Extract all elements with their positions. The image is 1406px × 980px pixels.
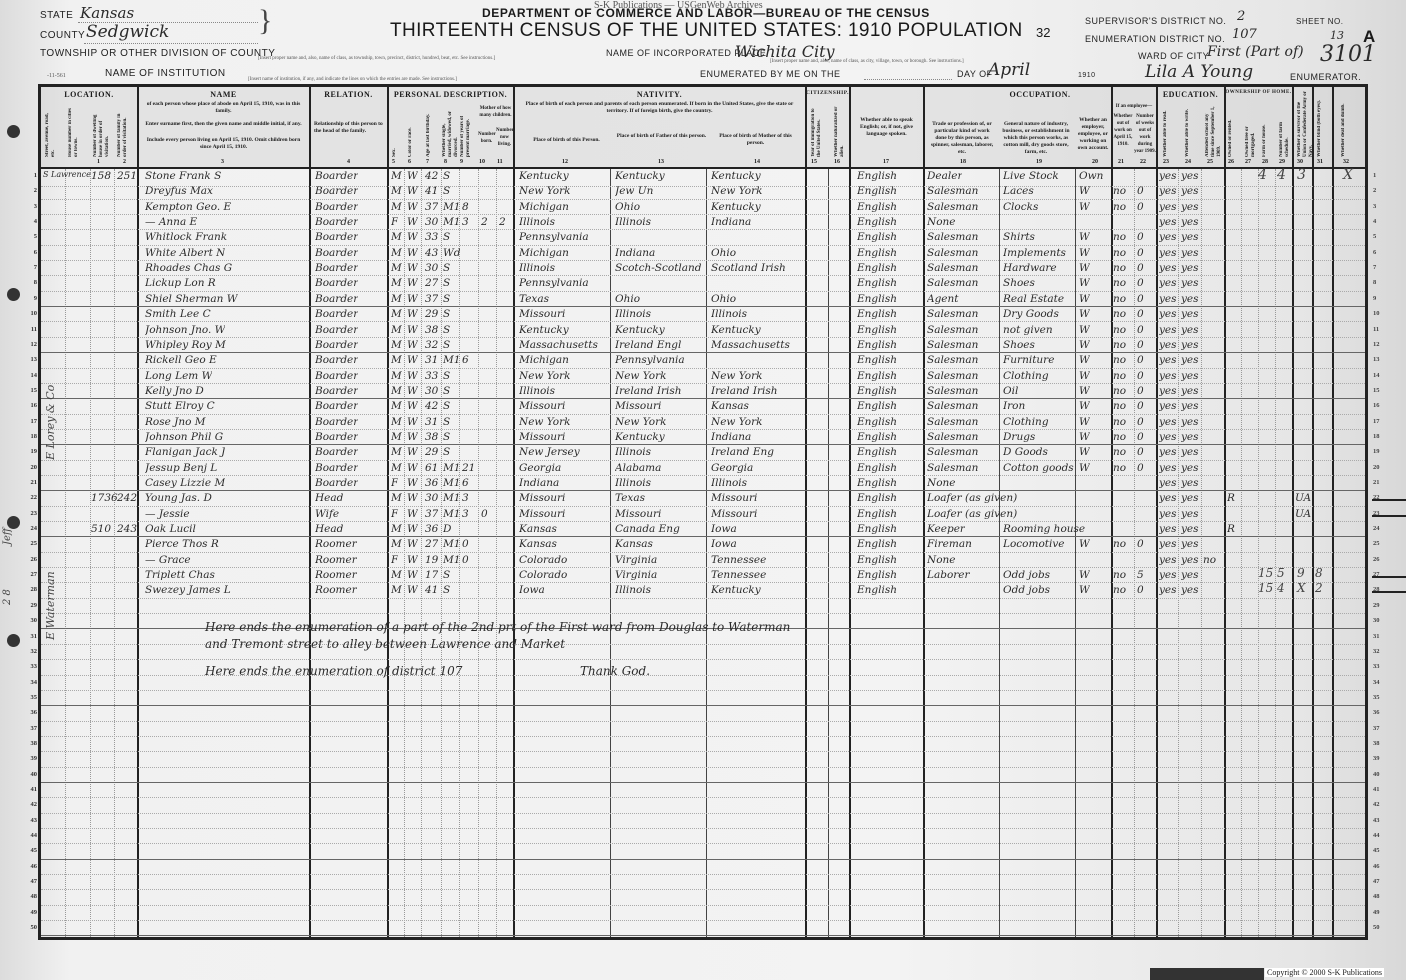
cell-race: W <box>407 584 418 596</box>
cell-write: yes <box>1181 508 1199 520</box>
cell-emp: W <box>1079 277 1090 289</box>
cell-trade: Salesman <box>927 446 978 458</box>
page-title: THIRTEENTH CENSUS OF THE UNITED STATES: … <box>390 20 1023 42</box>
table-row: — JessieWifeFW37M130MissouriMissouriMiss… <box>41 507 1365 522</box>
cell-ym: 3 <box>462 492 469 504</box>
margin-note-left: 2 8 <box>2 585 13 605</box>
cell-industry: Oil <box>1003 385 1018 397</box>
cell-emp: W <box>1079 247 1090 259</box>
cell-bf: Ohio <box>615 201 640 213</box>
table-row: Pierce Thos RRoomerMW27M10KansasKansasIo… <box>41 537 1365 552</box>
cell-bm: Indiana <box>711 431 751 443</box>
cell-weeks: 0 <box>1137 277 1144 289</box>
line-number: 2 <box>27 187 37 194</box>
cell-read: yes <box>1159 247 1177 259</box>
county-value: Sedgwick <box>86 22 169 42</box>
cell-bm: Kentucky <box>711 201 761 213</box>
line-number: 35 <box>1373 694 1385 701</box>
cell-name: Triplett Chas <box>145 569 215 581</box>
cell-sex: M <box>391 185 402 197</box>
cell-name: Long Lem W <box>145 370 212 382</box>
cell-marital: M1 <box>443 538 460 550</box>
table-row: — Anna EBoarderFW30M1322IllinoisIllinois… <box>41 215 1365 230</box>
cell-bp: Illinois <box>519 262 555 274</box>
line-number: 25 <box>27 540 37 547</box>
line-number: 31 <box>1373 633 1385 640</box>
cell-sex: M <box>391 492 402 504</box>
cell-bf: Virginia <box>615 554 657 566</box>
cell-emp: W <box>1079 231 1090 243</box>
cell-relation: Boarder <box>315 201 358 213</box>
cell-bm: Massachusetts <box>711 339 790 351</box>
cell-lang: English <box>857 400 897 412</box>
line-number: 39 <box>1373 755 1385 762</box>
cell-sex: M <box>391 431 402 443</box>
table-row: 1736242Young Jas. DHeadMW30M13MissouriTe… <box>41 491 1365 506</box>
cell-name: Stutt Elroy C <box>145 400 215 412</box>
cell-industry: Clothing <box>1003 416 1049 428</box>
line-number: 1 <box>27 172 37 179</box>
page-number: 32 <box>1036 25 1050 40</box>
ward-label: Ward of city <box>1138 51 1209 61</box>
cell-relation: Roomer <box>315 538 357 550</box>
line-number: 2 <box>1373 187 1385 194</box>
cell-relation: Boarder <box>315 308 358 320</box>
line-number: 24 <box>27 525 37 532</box>
cell-bm: Kentucky <box>711 584 761 596</box>
cell-out: no <box>1113 462 1126 474</box>
table-row: White Albert NBoarderMW43WdMichiganIndia… <box>41 246 1365 261</box>
cell-house: 510 <box>91 523 111 535</box>
cell-relation: Boarder <box>315 416 358 428</box>
cell-industry: Shoes <box>1003 339 1035 351</box>
state-value: Kansas <box>80 4 134 22</box>
cell-marital: S <box>443 385 450 397</box>
table-row-empty <box>41 890 1365 905</box>
cell-race: W <box>407 324 418 336</box>
incorporated-instruction: [Insert proper name and, also, name of c… <box>770 59 964 64</box>
cell-marital: M1 <box>443 201 460 213</box>
cell-trade: Salesman <box>927 185 978 197</box>
cell-read: yes <box>1159 477 1177 489</box>
cell-race: W <box>407 201 418 213</box>
cell-read: yes <box>1159 293 1177 305</box>
cell-name: Young Jas. D <box>145 492 212 504</box>
cell-write: yes <box>1181 554 1199 566</box>
cell-out: no <box>1113 354 1126 366</box>
cell-race: W <box>407 431 418 443</box>
cell-emp: W <box>1079 185 1090 197</box>
cell-house: 1736 <box>91 492 118 504</box>
line-number: 43 <box>1373 817 1385 824</box>
cell-sex: M <box>391 584 402 596</box>
cell-bm: Kansas <box>711 400 749 412</box>
line-number: 42 <box>1373 801 1385 808</box>
cell-bf: New York <box>615 370 666 382</box>
cell-read: yes <box>1159 508 1177 520</box>
cell-weeks: 0 <box>1137 339 1144 351</box>
cell-race: W <box>407 354 418 366</box>
cell-sex: M <box>391 462 402 474</box>
cell-bf: Ireland Irish <box>615 385 682 397</box>
table-row: — GraceRoomerFW19M10ColoradoVirginiaTenn… <box>41 553 1365 568</box>
cell-marital: S <box>443 293 450 305</box>
cell-trade: Salesman <box>927 277 978 289</box>
header-citizenship: CITIZENSHIP. Year of immigration to the … <box>806 87 850 169</box>
cell-write: yes <box>1181 477 1199 489</box>
closing-note-thanks: Thank God. <box>580 664 650 678</box>
cell-bp: New York <box>519 416 570 428</box>
cell-weeks: 0 <box>1137 538 1144 550</box>
cell-read: yes <box>1159 339 1177 351</box>
header-education: EDUCATION. Whether able to read. Whether… <box>1157 87 1225 169</box>
cell-bm: Ohio <box>711 247 736 259</box>
cell-bf: Missouri <box>615 508 661 520</box>
cell-name: Whipley Roy M <box>145 339 226 351</box>
cell-ym: 8 <box>462 201 469 213</box>
line-number: 13 <box>1373 356 1385 363</box>
cell-write: yes <box>1181 339 1199 351</box>
cell-race: W <box>407 339 418 351</box>
cell-lang: English <box>857 370 897 382</box>
cell-bf: Pennsylvania <box>615 354 685 366</box>
cell-read: yes <box>1159 431 1177 443</box>
line-number: 39 <box>27 755 37 762</box>
cell-write: yes <box>1181 523 1199 535</box>
cell-relation: Roomer <box>315 584 357 596</box>
cell-out: no <box>1113 385 1126 397</box>
cell-sex: M <box>391 523 402 535</box>
cell-trade: None <box>927 554 956 566</box>
cell-lang: English <box>857 446 897 458</box>
cell-relation: Boarder <box>315 216 358 228</box>
table-row-empty <box>41 768 1365 783</box>
cell-bp: Kentucky <box>519 324 569 336</box>
cell-bm: Georgia <box>711 462 753 474</box>
cell-bm: Scotland Irish <box>711 262 786 274</box>
cell-lang: English <box>857 462 897 474</box>
line-number: 46 <box>27 863 37 870</box>
cell-out: no <box>1113 446 1126 458</box>
cell-out: no <box>1113 308 1126 320</box>
cell-bf: Illinois <box>615 216 651 228</box>
cell-vet: UA <box>1295 508 1311 520</box>
cell-bp: Pennsylvania <box>519 231 589 243</box>
cell-out: no <box>1113 201 1126 213</box>
cell-own: R <box>1227 492 1235 504</box>
cell-bp: Georgia <box>519 462 561 474</box>
table-row: Whipley Roy MBoarderMW32SMassachusettsIr… <box>41 338 1365 353</box>
header-ownership: OWNERSHIP OF HOME. Owned or rented. Owne… <box>1225 87 1293 169</box>
cell-age: 38 <box>425 324 438 336</box>
cell-industry: Laces <box>1003 185 1034 197</box>
cell-bf: Canada Eng <box>615 523 680 535</box>
form-code: -11-561 <box>47 73 66 79</box>
tally-mark: 9 <box>1297 566 1305 580</box>
cell-trade: Salesman <box>927 462 978 474</box>
line-number: 44 <box>1373 832 1385 839</box>
cell-ym: 21 <box>462 462 475 474</box>
cell-bp: Missouri <box>519 492 565 504</box>
cell-trade: Fireman <box>927 538 972 550</box>
enumerator-label: Enumerator. <box>1290 72 1361 82</box>
line-number: 13 <box>27 356 37 363</box>
cell-bp: Kansas <box>519 538 557 550</box>
cell-write: yes <box>1181 277 1199 289</box>
cell-industry: Drugs <box>1003 431 1035 443</box>
cell-write: yes <box>1181 324 1199 336</box>
cell-write: yes <box>1181 247 1199 259</box>
cell-out: no <box>1113 339 1126 351</box>
supervisor-label: Supervisor's District No. <box>1085 16 1226 26</box>
cell-write: yes <box>1181 293 1199 305</box>
table-row-empty <box>41 875 1365 890</box>
cell-sex: M <box>391 231 402 243</box>
cell-relation: Head <box>315 492 343 504</box>
cell-bm: Iowa <box>711 538 737 550</box>
cell-bf: Illinois <box>615 584 651 596</box>
cell-trade: Salesman <box>927 201 978 213</box>
cell-trade: None <box>927 477 956 489</box>
cell-industry: Shoes <box>1003 277 1035 289</box>
line-number: 31 <box>27 633 37 640</box>
header-location: LOCATION. Street, avenue, road, etc. Hou… <box>41 87 138 169</box>
tally-mark: 4 <box>1277 581 1285 595</box>
cell-weeks: 0 <box>1137 431 1144 443</box>
cell-bp: Kansas <box>519 523 557 535</box>
cell-race: W <box>407 446 418 458</box>
cell-read: yes <box>1159 462 1177 474</box>
cell-bm: Illinois <box>711 308 747 320</box>
line-number: 15 <box>27 387 37 394</box>
line-number: 16 <box>27 402 37 409</box>
line-number: 48 <box>27 893 37 900</box>
cell-bf: Scotch-Scotland <box>615 262 702 274</box>
cell-sex: M <box>391 385 402 397</box>
line-number: 37 <box>27 725 37 732</box>
cell-marital: M1 <box>443 462 460 474</box>
cell-write: yes <box>1181 569 1199 581</box>
cell-read: yes <box>1159 584 1177 596</box>
cell-sex: M <box>391 370 402 382</box>
line-number: 28 <box>27 586 37 593</box>
cell-age: 31 <box>425 354 438 366</box>
cell-bf: Jew Un <box>615 185 653 197</box>
cell-race: W <box>407 492 418 504</box>
cell-read: yes <box>1159 538 1177 550</box>
table-row: Triplett ChasRoomerMW17SColoradoVirginia… <box>41 568 1365 583</box>
day-field <box>864 79 952 80</box>
line-number: 26 <box>1373 556 1385 563</box>
cell-age: 29 <box>425 308 438 320</box>
cell-sex: F <box>391 477 398 489</box>
cell-relation: Boarder <box>315 262 358 274</box>
table-row-empty <box>41 906 1365 921</box>
line-number: 20 <box>1373 464 1385 471</box>
closing-note-1: Here ends the enumeration of a part of t… <box>205 620 790 634</box>
cell-read: yes <box>1159 370 1177 382</box>
cell-name: Rhoades Chas G <box>145 262 232 274</box>
table-row-empty <box>41 752 1365 767</box>
line-number: 6 <box>1373 249 1385 256</box>
cell-marital: S <box>443 262 450 274</box>
cell-read: yes <box>1159 201 1177 213</box>
cell-lang: English <box>857 477 897 489</box>
cell-name: Casey Lizzie M <box>145 477 225 489</box>
cell-read: yes <box>1159 262 1177 274</box>
cell-sex: M <box>391 247 402 259</box>
cell-trade: Salesman <box>927 231 978 243</box>
cell-race: W <box>407 185 418 197</box>
line-number: 21 <box>1373 479 1385 486</box>
line-number: 34 <box>27 679 37 686</box>
line-number: 5 <box>1373 233 1385 240</box>
cell-write: yes <box>1181 538 1199 550</box>
table-row-empty <box>41 722 1365 737</box>
cell-read: yes <box>1159 569 1177 581</box>
cell-sex: M <box>391 201 402 213</box>
cell-age: 33 <box>425 231 438 243</box>
header-veteran: Whether a survivor of the Union or Confe… <box>1293 87 1313 169</box>
cell-sex: F <box>391 508 398 520</box>
cell-marital: S <box>443 339 450 351</box>
cell-age: 42 <box>425 400 438 412</box>
table-row: Whitlock FrankBoarderMW33SPennsylvaniaEn… <box>41 230 1365 245</box>
cell-name: Lickup Lon R <box>145 277 216 289</box>
table-row: Lickup Lon RBoarderMW27SPennsylvaniaEngl… <box>41 276 1365 291</box>
strike-mark <box>1372 515 1406 517</box>
cell-relation: Wife <box>315 508 339 520</box>
table-row: Dreyfus MaxBoarderMW41SNew YorkJew UnNew… <box>41 184 1365 199</box>
copyright: Copyright © 2000 S-K Publications <box>1265 968 1384 977</box>
cell-lang: English <box>857 538 897 550</box>
cell-bf: Missouri <box>615 400 661 412</box>
table-row-empty <box>41 844 1365 859</box>
cell-race: W <box>407 262 418 274</box>
tally-mark: 8 <box>1315 566 1323 580</box>
cell-relation: Boarder <box>315 400 358 412</box>
cell-emp: W <box>1079 569 1090 581</box>
table-row-empty <box>41 783 1365 798</box>
line-number: 14 <box>27 372 37 379</box>
stamp-number: 3101 <box>1320 42 1376 67</box>
cell-name: Swezey James L <box>145 584 231 596</box>
strike-mark <box>1372 591 1406 593</box>
cell-bm: New York <box>711 416 762 428</box>
line-number: 24 <box>1373 525 1385 532</box>
cell-marital: S <box>443 569 450 581</box>
cell-read: yes <box>1159 400 1177 412</box>
cell-own: R <box>1227 523 1235 535</box>
line-number: 17 <box>27 418 37 425</box>
cell-living: 2 <box>499 216 506 228</box>
cell-marital: M1 <box>443 216 460 228</box>
cell-industry: not given <box>1003 324 1053 336</box>
cell-name: Pierce Thos R <box>145 538 219 550</box>
cell-sex: M <box>391 538 402 550</box>
cell-sex: F <box>391 554 398 566</box>
cell-name: — Anna E <box>145 216 197 228</box>
cell-trade: Salesman <box>927 416 978 428</box>
cell-out: no <box>1113 277 1126 289</box>
cell-name: Johnson Jno. W <box>145 324 225 336</box>
line-number: 38 <box>27 740 37 747</box>
cell-marital: S <box>443 308 450 320</box>
cell-ym: 3 <box>462 216 469 228</box>
census-table: LOCATION. Street, avenue, road, etc. Hou… <box>38 84 1368 940</box>
cell-bm: Indiana <box>711 216 751 228</box>
cell-write: yes <box>1181 262 1199 274</box>
cell-bf: Illinois <box>615 446 651 458</box>
line-number: 43 <box>27 817 37 824</box>
tally-mark: X <box>1297 581 1306 595</box>
tally-mark: 15 <box>1258 581 1273 595</box>
cell-bm: Ireland Eng <box>711 446 774 458</box>
line-number: 25 <box>1373 540 1385 547</box>
cell-relation: Boarder <box>315 477 358 489</box>
cell-bf: Texas <box>615 492 645 504</box>
township-label: Township or other division of county <box>40 48 275 59</box>
line-number: 23 <box>27 510 37 517</box>
table-row: Stutt Elroy CBoarderMW42SMissouriMissour… <box>41 399 1365 414</box>
line-number: 12 <box>27 341 37 348</box>
cell-relation: Roomer <box>315 569 357 581</box>
cell-weeks: 0 <box>1137 324 1144 336</box>
table-row: Long Lem WBoarderMW33SNew YorkNew YorkNe… <box>41 369 1365 384</box>
cell-write: yes <box>1181 308 1199 320</box>
cell-age: 30 <box>425 262 438 274</box>
cell-marital: S <box>443 185 450 197</box>
cell-industry: Cotton goods <box>1003 462 1074 474</box>
line-number: 48 <box>1373 893 1385 900</box>
cell-write: yes <box>1181 201 1199 213</box>
cell-age: 43 <box>425 247 438 259</box>
line-number: 44 <box>27 832 37 839</box>
cell-out: no <box>1113 416 1126 428</box>
cell-weeks: 0 <box>1137 231 1144 243</box>
cell-lang: English <box>857 569 897 581</box>
cell-bf: Indiana <box>615 247 655 259</box>
line-number: 29 <box>1373 602 1385 609</box>
cell-marital: S <box>443 416 450 428</box>
cell-weeks: 0 <box>1137 201 1144 213</box>
cell-out: no <box>1113 324 1126 336</box>
cell-age: 17 <box>425 569 438 581</box>
line-number: 15 <box>1373 387 1385 394</box>
cell-bm: Kentucky <box>711 324 761 336</box>
cell-age: 36 <box>425 477 438 489</box>
cell-write: yes <box>1181 400 1199 412</box>
line-number: 34 <box>1373 679 1385 686</box>
cell-relation: Boarder <box>315 247 358 259</box>
cell-name: Oak Lucil <box>145 523 196 535</box>
cell-name: Whitlock Frank <box>145 231 227 243</box>
table-row-empty <box>41 599 1365 614</box>
cell-race: W <box>407 370 418 382</box>
cell-race: W <box>407 416 418 428</box>
cell-emp: W <box>1079 416 1090 428</box>
cell-lang: English <box>857 354 897 366</box>
cell-write: yes <box>1181 431 1199 443</box>
cell-bm: Ohio <box>711 293 736 305</box>
cell-race: W <box>407 247 418 259</box>
cell-weeks: 0 <box>1137 385 1144 397</box>
cell-bm: Tennessee <box>711 569 766 581</box>
cell-vet: UA <box>1295 492 1311 504</box>
cell-relation: Boarder <box>315 370 358 382</box>
cell-age: 33 <box>425 370 438 382</box>
line-number: 47 <box>27 878 37 885</box>
